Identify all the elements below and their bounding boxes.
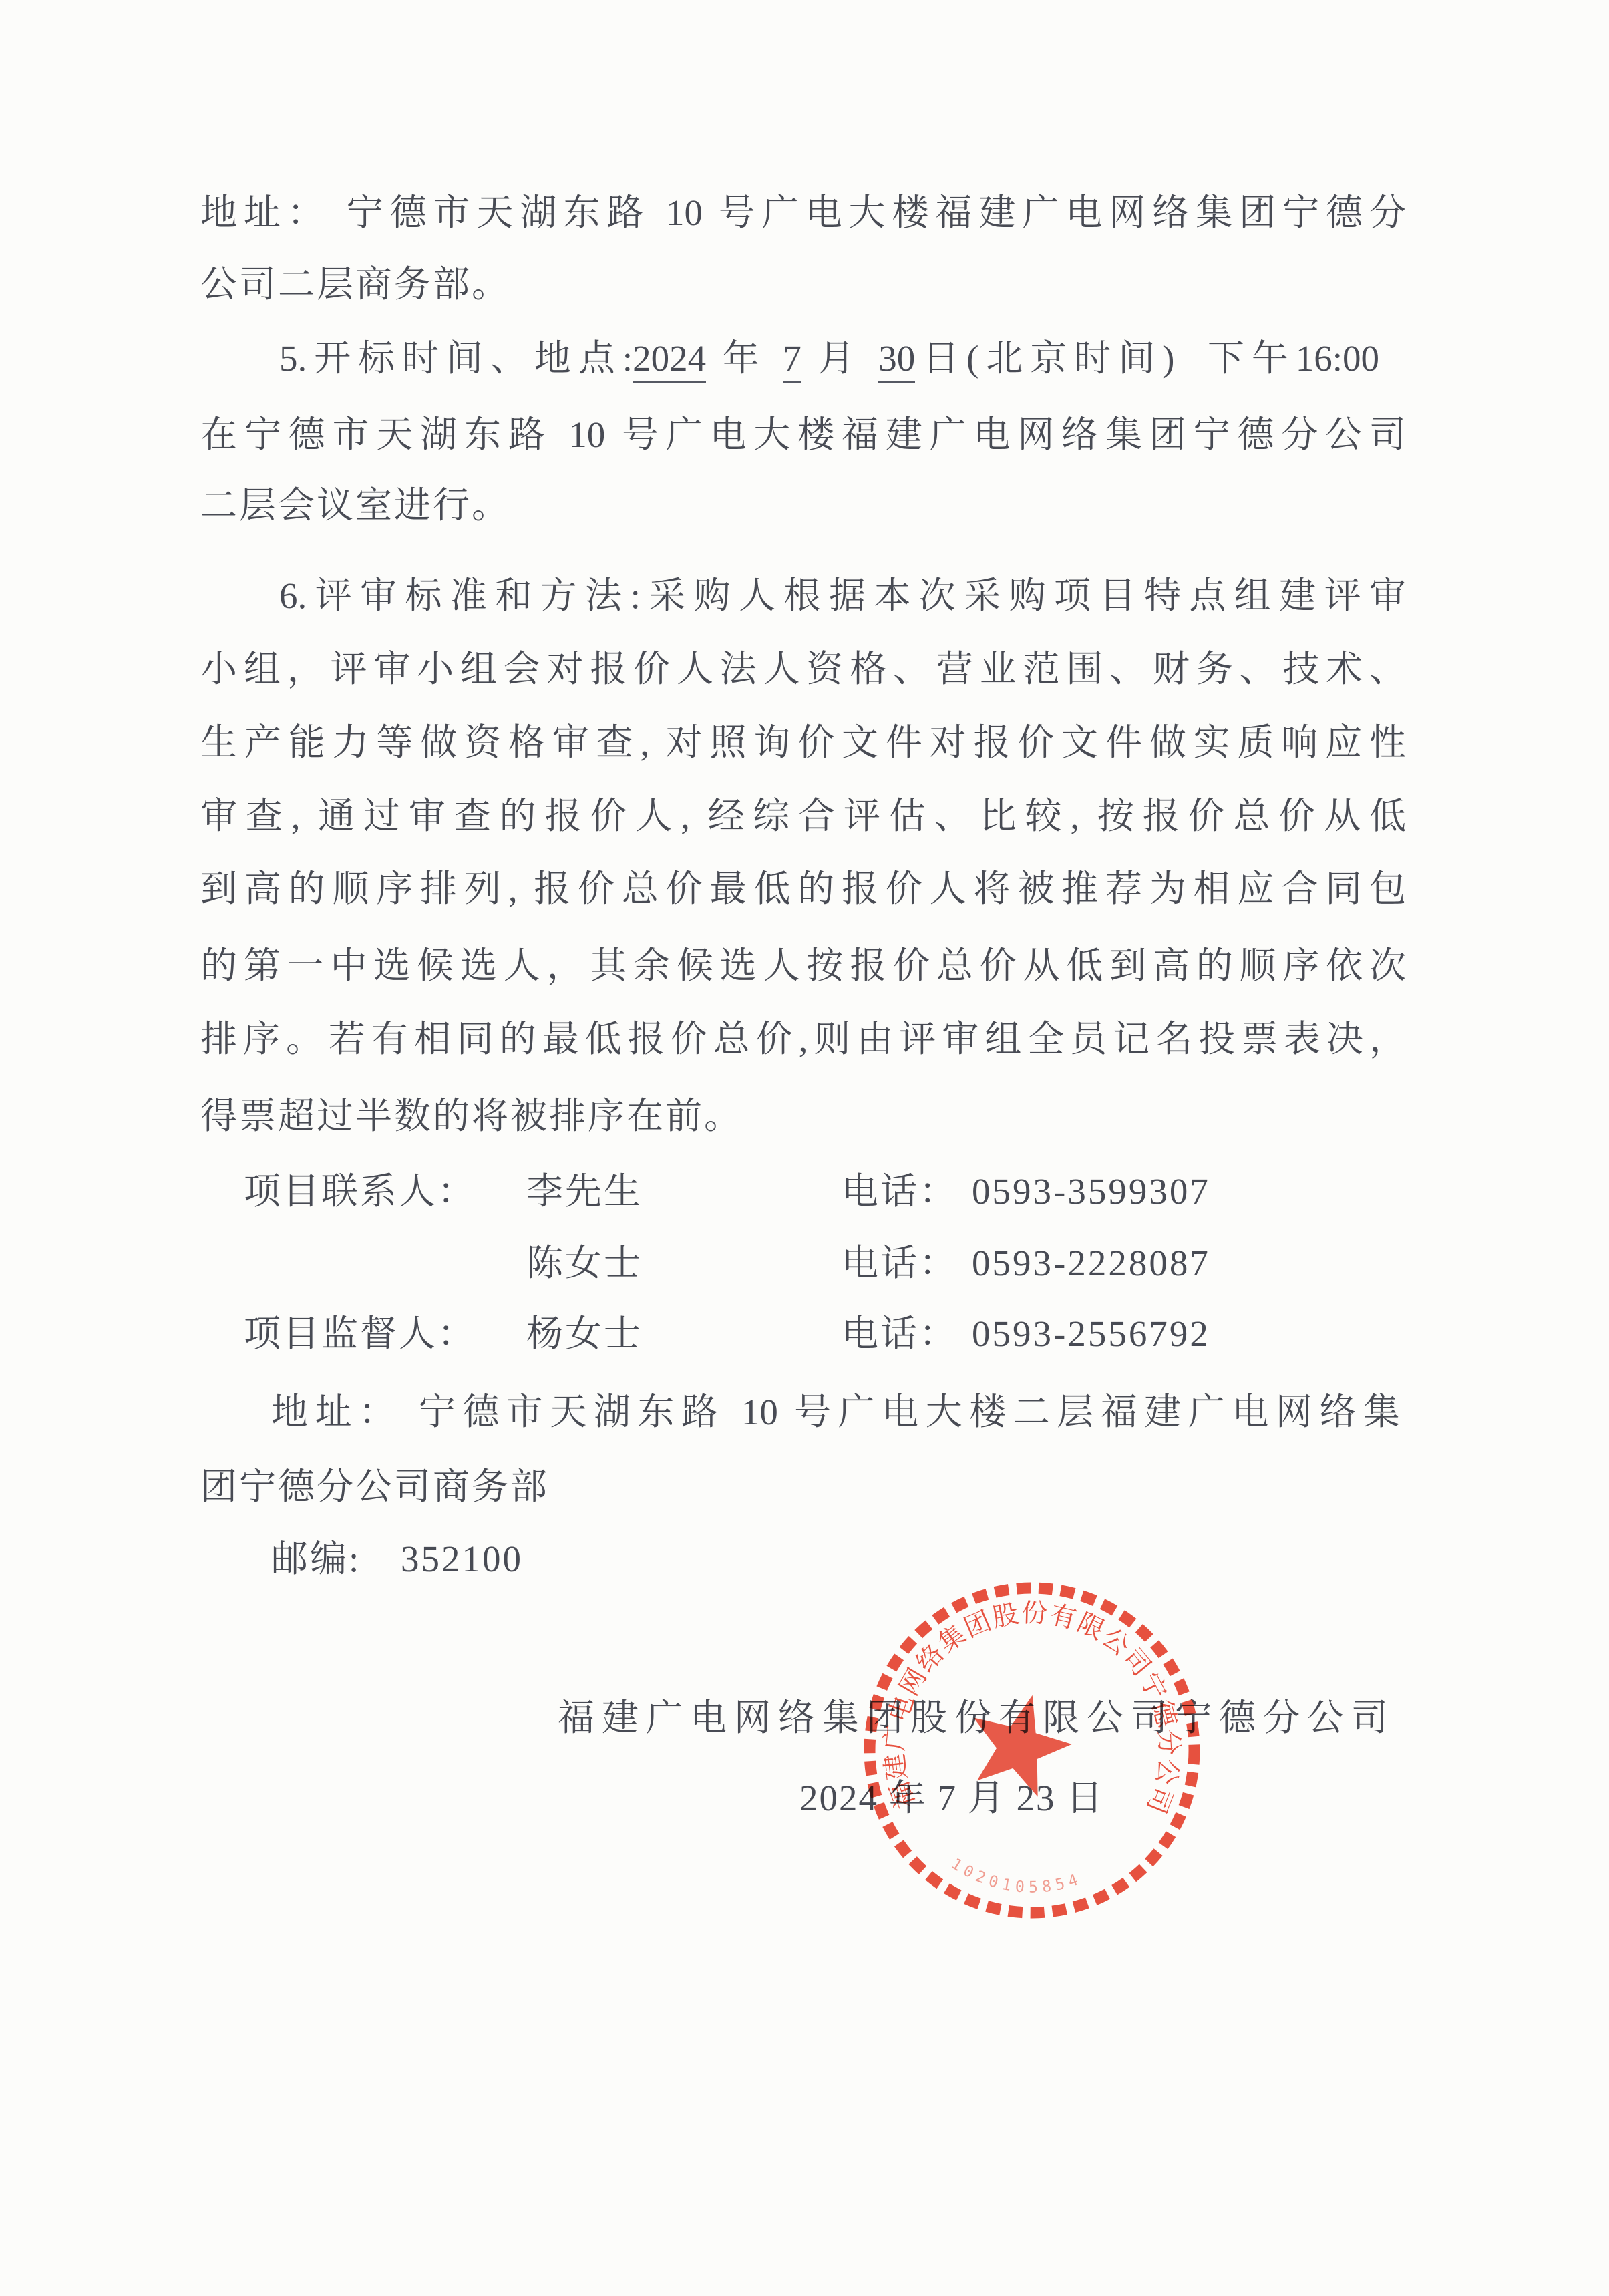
evaluation-line-5: 到高的顺序排列, 报价总价最低的报价人将被推荐为相应合同包 <box>200 866 1406 913</box>
project-supervisor-label: 项目监督人： <box>244 1311 476 1357</box>
bid-opening-location-line-2: 二层会议室进行。 <box>200 483 510 529</box>
project-supervisor-phone: 0593-2556792 <box>972 1311 1210 1357</box>
evaluation-line-4: 审查, 通过审查的报价人, 经综合评估、比较, 按报价总价从低 <box>200 794 1406 840</box>
project-contact-label: 项目联系人： <box>244 1169 476 1215</box>
project-contact-2-name: 陈女士 <box>526 1241 643 1287</box>
bid-opening-day: 30 <box>878 338 915 383</box>
address-bottom-line-1: 地址： 宁德市天湖东路 10 号广电大楼二层福建广电网络集 <box>271 1389 1400 1436</box>
bid-opening-year: 2024 <box>633 338 706 383</box>
evaluation-line-8: 得票超过半数的将被排序在前。 <box>200 1094 743 1140</box>
bid-opening-month: 7 <box>783 338 801 383</box>
bid-opening-prefix: 5.开标时间、地点: <box>279 338 633 379</box>
evaluation-line-7: 排序。若有相同的最低报价总价,则由评审组全员记名投票表决， <box>200 1017 1406 1063</box>
evaluation-line-2: 小组，评审小组会对报价人法人资格、营业范围、财务、技术、 <box>200 647 1406 693</box>
bid-opening-line: 5.开标时间、地点:2024 年 7 月 30日(北京时间) 下午16:00 <box>279 336 1379 382</box>
bid-opening-year-unit: 年 <box>706 338 783 379</box>
bid-opening-location-line: 在宁德市天湖东路 10 号广电大楼福建广电网络集团宁德分公司 <box>200 412 1406 458</box>
project-contact-phone: 0593-3599307 <box>972 1169 1210 1215</box>
postal-code-label: 邮编: <box>271 1536 361 1583</box>
seal-serial-holder: 1020105854 <box>948 1855 1085 1897</box>
address-top-line-1: 地址： 宁德市天湖东路 10 号广电大楼福建广电网络集团宁德分 <box>200 190 1406 236</box>
document-page: 地址： 宁德市天湖东路 10 号广电大楼福建广电网络集团宁德分 公司二层商务部。… <box>0 0 1609 2296</box>
bid-opening-suffix: 日(北京时间) 下午16:00 <box>915 338 1379 379</box>
project-supervisor-phone-label: 电话： <box>842 1311 958 1357</box>
address-bottom-line-2: 团宁德分公司商务部 <box>200 1464 549 1510</box>
address-top-line-2: 公司二层商务部。 <box>200 262 510 308</box>
postal-code-value: 352100 <box>401 1536 523 1583</box>
evaluation-line-6: 的第一中选候选人，其余候选人按报价总价从低到高的顺序依次 <box>200 943 1406 989</box>
evaluation-line-1: 6.评审标准和方法:采购人根据本次采购项目特点组建评审 <box>279 573 1406 619</box>
official-seal: 福建广电网络集团股份有限公司宁德分公司 1020105854 <box>855 1577 1209 1931</box>
project-contact-2-phone-label: 电话： <box>842 1241 958 1287</box>
seal-star-icon <box>958 1682 1081 1802</box>
project-supervisor-name: 杨女士 <box>526 1311 643 1357</box>
project-contact-phone-label: 电话： <box>842 1169 958 1215</box>
project-contact-2-phone: 0593-2228087 <box>972 1241 1210 1287</box>
bid-opening-month-unit: 月 <box>801 338 878 379</box>
project-contact-name: 李先生 <box>526 1169 643 1215</box>
evaluation-line-3: 生产能力等做资格审查, 对照询价文件对报价文件做实质响应性 <box>200 720 1406 766</box>
seal-serial-number: 1020105854 <box>948 1855 1085 1897</box>
